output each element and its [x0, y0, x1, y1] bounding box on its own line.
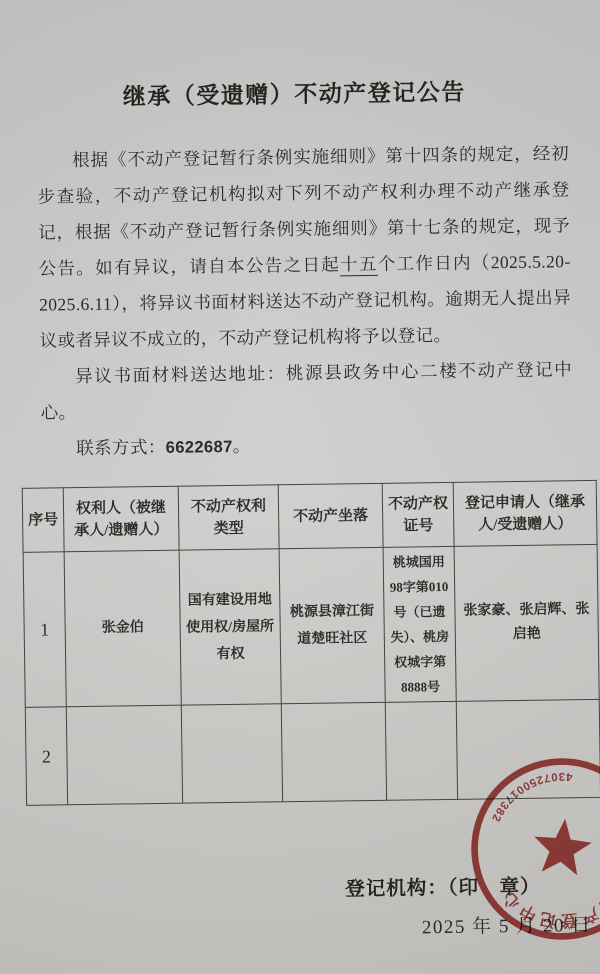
paragraph-contact: 联系方式：6622687。 — [41, 423, 573, 467]
paragraph-delivery-address: 异议书面材料送达地址：桃源县政务中心二楼不动产登记中心。 — [40, 351, 573, 430]
cell-right-type: 国有建设用地使用权/房屋所有权 — [179, 549, 281, 705]
paragraph1-underlined-term: 十五 — [340, 254, 378, 275]
contact-period: 。 — [233, 436, 251, 456]
table-header-row: 序号 权利人（被继承人/遗赠人） 不动产权利类型 不动产坐落 不动产权证号 登记… — [22, 480, 597, 552]
notice-body: 根据《不动产登记暂行条例实施细则》第十四条的规定，经初步查验，不动产登记机构拟对… — [37, 135, 573, 467]
photographed-notice-page: 继承（受遗赠）不动产登记公告 根据《不动产登记暂行条例实施细则》第十四条的规定，… — [0, 0, 600, 974]
cell-seq: 2 — [25, 707, 67, 806]
header-cert-no: 不动产权证号 — [382, 482, 454, 547]
cell-location — [281, 702, 386, 801]
cell-cert-no: 桃城国用98字第010号（已遗失）、桃房权城字第8888号 — [383, 546, 456, 702]
page-title: 继承（受遗赠）不动产登记公告 — [0, 72, 594, 113]
header-holder: 权利人（被继承人/遗赠人） — [63, 486, 179, 552]
registration-table: 序号 权利人（被继承人/遗赠人） 不动产权利类型 不动产坐落 不动产权证号 登记… — [22, 480, 600, 806]
header-applicants: 登记申请人（继承人/受遗赠人） — [453, 480, 597, 546]
table-row: 1 张金伯 国有建设用地使用权/房屋所有权 桃源县漳江街道楚旺社区 桃城国用98… — [23, 544, 599, 707]
cell-right-type — [181, 704, 282, 803]
seal-organization-text: 桃源县不动产登记中心 — [494, 813, 600, 962]
cell-location: 桃源县漳江街道楚旺社区 — [279, 547, 385, 703]
header-seq: 序号 — [22, 488, 64, 553]
paragraph-legal-basis: 根据《不动产登记暂行条例实施细则》第十四条的规定，经初步查验，不动产登记机构拟对… — [37, 135, 572, 358]
cell-applicants: 张家豪、张启辉、张启艳 — [454, 544, 599, 701]
header-location: 不动产坐落 — [278, 483, 383, 548]
cell-holder: 张金伯 — [64, 550, 181, 707]
header-right-type: 不动产权利类型 — [178, 485, 279, 550]
cell-cert-no — [385, 701, 457, 800]
seal-star-icon — [525, 813, 600, 890]
contact-label: 联系方式： — [76, 437, 166, 458]
cell-seq: 1 — [23, 552, 66, 708]
cell-holder — [66, 705, 182, 805]
contact-phone-number: 6622687 — [166, 438, 233, 457]
